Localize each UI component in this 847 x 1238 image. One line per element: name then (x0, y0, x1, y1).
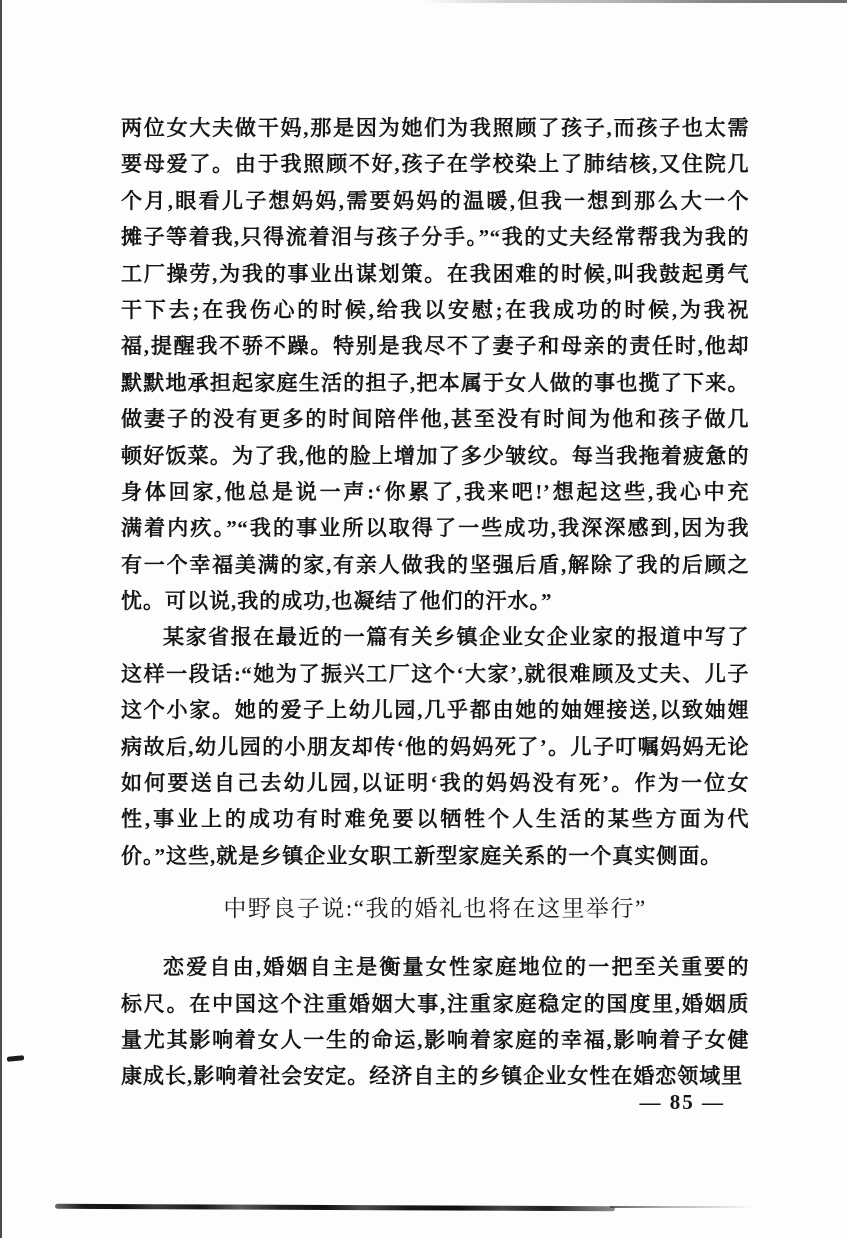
text-line: 病故后,幼儿园的小朋友却传‘他的妈妈死了’。儿子叮嘱妈妈无论 (121, 729, 749, 765)
text-line: 某家省报在最近的一篇有关乡镇企业女企业家的报道中写了 (121, 619, 749, 655)
text-line: 如何要送自己去幼儿园,以证明‘我的妈妈没有死’。作为一位女 (121, 765, 749, 801)
scan-edge-left-line (0, 0, 2, 1238)
section-heading: 中野良子说:“我的婚礼也将在这里举行” (121, 891, 749, 927)
text-line: 恋爱自由,婚姻自主是衡量女性家庭地位的一把至关重要的 (121, 949, 749, 985)
scan-edge-top-line (424, 0, 847, 3)
text-line: 干下去;在我伤心的时候,给我以安慰;在我成功的时候,为我祝 (121, 292, 749, 328)
text-line: 量尤其影响着女人一生的命运,影响着家庭的幸福,影响着子女健 (121, 1022, 749, 1058)
text-line: 这个小家。她的爱子上幼儿园,几乎都由她的妯娌接送,以致妯娌 (121, 692, 749, 728)
text-line: 两位女大夫做干妈,那是因为她们为我照顾了孩子,而孩子也太需 (121, 110, 749, 146)
text-line: 默默地承担起家庭生活的担子,把本属于女人做的事也揽了下来。 (121, 365, 749, 401)
bottom-scan-smudge (55, 1204, 615, 1211)
book-page: 两位女大夫做干妈,那是因为她们为我照顾了孩子,而孩子也太需要母爱了。由于我照顾不… (0, 0, 847, 1238)
text-line: 做妻子的没有更多的时间陪伴他,甚至没有时间为他和孩子做几 (121, 401, 749, 437)
text-line: 忧。可以说,我的成功,也凝结了他们的汗水。” (121, 583, 749, 619)
text-flow: 两位女大夫做干妈,那是因为她们为我照顾了孩子,而孩子也太需要母爱了。由于我照顾不… (121, 110, 749, 1095)
text-line: 身体回家,他总是说一声:‘你累了,我来吧!’想起这些,我心中充 (121, 474, 749, 510)
margin-dash-mark (7, 1055, 24, 1061)
text-line: 这样一段话:“她为了振兴工厂这个‘大家’,就很难顾及丈夫、儿子 (121, 656, 749, 692)
text-line: 顿好饭菜。为了我,他的脸上增加了多少皱纹。每当我拖着疲惫的 (121, 438, 749, 474)
text-line: 标尺。在中国这个注重婚姻大事,注重家庭稳定的国度里,婚姻质 (121, 986, 749, 1022)
text-line: 有一个幸福美满的家,有亲人做我的坚强后盾,解除了我的后顾之 (121, 547, 749, 583)
text-line: 个月,眼看儿子想妈妈,需要妈妈的温暖,但我一想到那么大一个 (121, 183, 749, 219)
text-line: 性,事业上的成功有时难免要以牺牲个人生活的某些方面为代 (121, 801, 749, 837)
text-line: 价。”这些,就是乡镇企业女职工新型家庭关系的一个真实侧面。 (121, 838, 749, 874)
page-number: — 85 — (121, 1086, 749, 1118)
text-line: 满着内疚。”“我的事业所以取得了一些成功,我深深感到,因为我 (121, 510, 749, 546)
text-line: 摊子等着我,只得流着泪与孩子分手。”“我的丈夫经常帮我为我的 (121, 219, 749, 255)
text-line: 要母爱了。由于我照顾不好,孩子在学校染上了肺结核,又住院几 (121, 146, 749, 182)
text-line: 工厂操劳,为我的事业出谋划策。在我困难的时候,叫我鼓起勇气 (121, 256, 749, 292)
bottom-scan-smudge-tail (610, 1206, 755, 1208)
text-line: 福,提醒我不骄不躁。特别是我尽不了妻子和母亲的责任时,他却 (121, 328, 749, 364)
